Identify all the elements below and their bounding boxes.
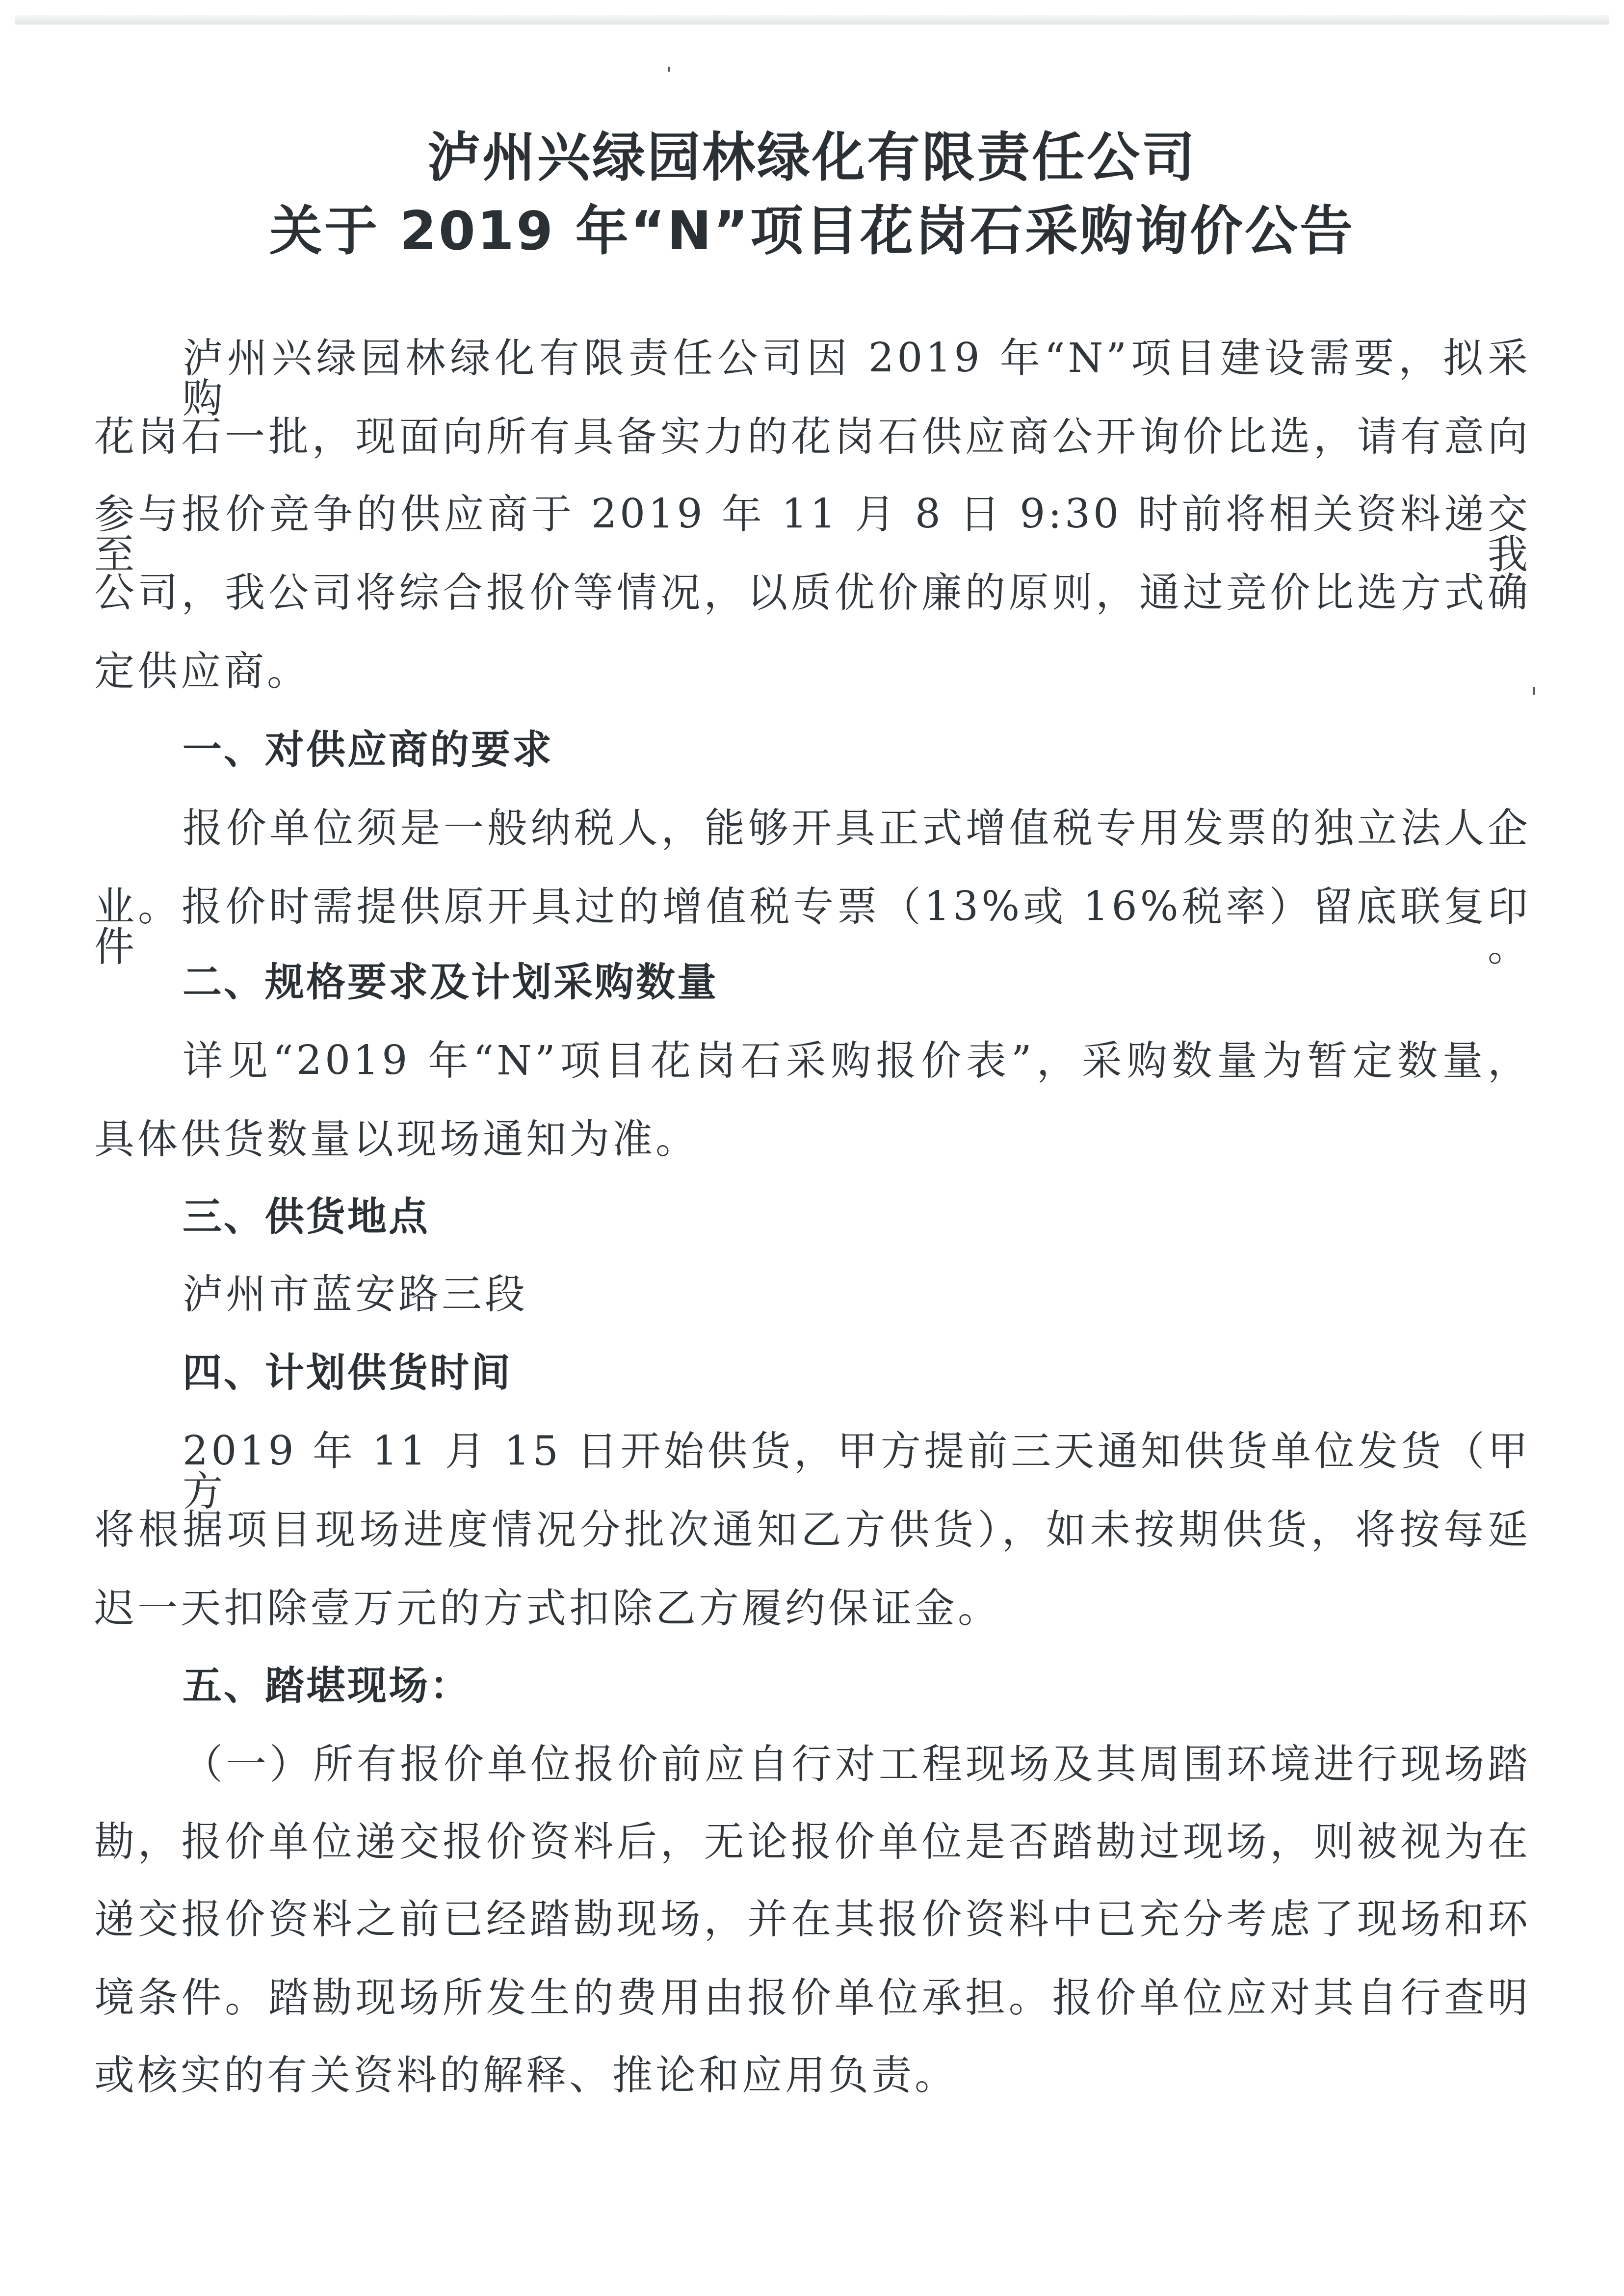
section-text-line: 泸州市蓝安路三段 xyxy=(183,1275,1531,1315)
section-text-line: 递交报价资料之前已经踏勘现场，并在其报价资料中已充分考虑了现场和环 xyxy=(94,1900,1531,1940)
section-text-line: 2019 年 11 月 15 日开始供货，甲方提前三天通知供货单位发货（甲方 xyxy=(183,1432,1531,1512)
section-heading-site-inspection: 五、踏堪现场： xyxy=(183,1666,471,1705)
section-text-line: 境条件。踏勘现场所发生的费用由报价单位承担。报价单位应对其自行查明 xyxy=(94,1978,1531,2018)
section-text-line: 迟一天扣除壹万元的方式扣除乙方履约保证金。 xyxy=(94,1589,1531,1629)
section-heading-specifications: 二、规格要求及计划采购数量 xyxy=(183,963,718,1002)
section-text-line: （一）所有报价单位报价前应自行对工程现场及其周围环境进行现场踏 xyxy=(183,1745,1531,1785)
scan-speck xyxy=(1533,687,1535,695)
section-heading-delivery-time: 四、计划供货时间 xyxy=(183,1353,512,1392)
section-text-line: 具体供货数量以现场通知为准。 xyxy=(94,1120,1531,1160)
intro-line: 定供应商。 xyxy=(94,652,1531,692)
scan-speck xyxy=(668,67,670,72)
intro-line: 公司，我公司将综合报价等情况，以质优价廉的原则，通过竞价比选方式确 xyxy=(94,573,1531,613)
intro-line: 花岗石一批，现面向所有具备实力的花岗石供应商公开询价比选，请有意向 xyxy=(94,417,1531,457)
section-text-line: 报价单位须是一般纳税人，能够开具正式增值税专用发票的独立法人企 xyxy=(183,809,1531,849)
document-title-subject: 关于 2019 年“N”项目花岗石采购询价公告 xyxy=(0,205,1624,258)
section-text-line: 勘，报价单位递交报价资料后，无论报价单位是否踏勘过现场，则被视为在 xyxy=(94,1822,1531,1862)
section-heading-delivery-location: 三、供货地点 xyxy=(183,1197,430,1236)
section-text-line: 业。报价时需提供原开具过的增值税专票（13%或 16%税率）留底联复印件。 xyxy=(94,887,1531,967)
intro-line: 泸州兴绿园林绿化有限责任公司因 2019 年“N”项目建设需要，拟采购 xyxy=(183,339,1531,419)
section-text-line: 将根据项目现场进度情况分批次通知乙方供货），如未按期供货，将按每延 xyxy=(94,1510,1531,1550)
intro-line: 参与报价竞争的供应商于 2019 年 11 月 8 日 9:30 时前将相关资料… xyxy=(94,495,1531,575)
section-text-line: 详见“2019 年“N”项目花岗石采购报价表”，采购数量为暂定数量， xyxy=(183,1041,1531,1081)
document-title-company: 泸州兴绿园林绿化有限责任公司 xyxy=(0,131,1624,184)
section-heading-supplier-requirements: 一、对供应商的要求 xyxy=(183,730,553,769)
scan-edge-shadow xyxy=(15,15,1609,25)
section-text-line: 或核实的有关资料的解释、推论和应用负责。 xyxy=(94,2056,1531,2096)
